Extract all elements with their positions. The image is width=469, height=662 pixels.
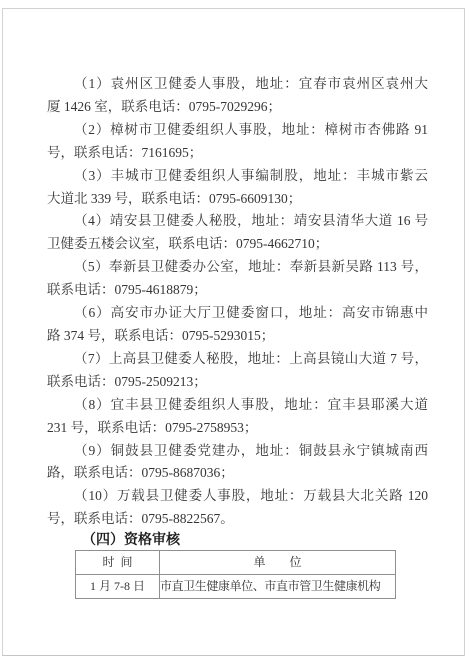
contact-item-1-line-2: 厦 1426 室，联系电话：0795-7029296； xyxy=(47,96,428,119)
contact-item-9-line-1: （9）铜鼓县卫健委党建办，地址：铜鼓县永宁镇城南西 xyxy=(47,440,428,463)
contact-item-3-line-2: 大道北 339 号，联系电话：0795-6609130； xyxy=(47,188,428,211)
contact-item-7-line-2: 联系电话：0795-2509213； xyxy=(47,371,428,394)
section-heading-qualification-review: （四）资格审核 xyxy=(47,531,428,550)
contact-item-10-line-1: （10）万载县卫健委人事股，地址：万载县大北关路 120 xyxy=(47,485,428,508)
contact-item-8-line-2: 231 号，联系电话：0795-2758953； xyxy=(47,417,428,440)
contact-item-2-line-1: （2）樟树市卫健委组织人事股，地址：樟树市杏佛路 91 xyxy=(47,119,428,142)
document-page: （1）袁州区卫健委人事股，地址：宜春市袁州区袁州大 厦 1426 室，联系电话：… xyxy=(2,8,465,656)
table-cell-unit: 市直卫生健康单位、市直市管卫生健康机构 xyxy=(160,575,396,599)
table-header-unit: 单 位 xyxy=(160,551,396,575)
contact-item-8-line-1: （8）宜丰县卫健委组织人事股，地址：宜丰县耶溪大道 xyxy=(47,394,428,417)
contact-item-6-line-1: （6）高安市办证大厅卫健委窗口，地址：高安市锦惠中 xyxy=(47,302,428,325)
table-header-row: 时 间 单 位 xyxy=(76,551,396,575)
contact-item-5-line-1: （5）奉新县卫健委办公室，地址：奉新县新吴路 113 号， xyxy=(47,256,428,279)
contact-item-3-line-1: （3）丰城市卫健委组织人事编制股，地址：丰城市紫云 xyxy=(47,165,428,188)
document-body: （1）袁州区卫健委人事股，地址：宜春市袁州区袁州大 厦 1426 室，联系电话：… xyxy=(47,73,428,599)
contact-item-6-line-2: 路 374 号，联系电话：0795-5293015； xyxy=(47,325,428,348)
contact-item-7-line-1: （7）上高县卫健委人秘股，地址：上高县镜山大道 7 号， xyxy=(47,348,428,371)
table-header-time: 时 间 xyxy=(76,551,160,575)
contact-item-10-line-2: 号，联系电话：0795-8822567。 xyxy=(47,508,428,531)
document-viewport: （1）袁州区卫健委人事股，地址：宜春市袁州区袁州大 厦 1426 室，联系电话：… xyxy=(0,0,469,662)
table-cell-time: 1 月 7-8 日 xyxy=(76,575,160,599)
contact-item-9-line-2: 路，联系电话：0795-8687036； xyxy=(47,462,428,485)
qualification-review-table: 时 间 单 位 1 月 7-8 日 市直卫生健康单位、市直市管卫生健康机构 xyxy=(75,550,396,599)
table-row: 1 月 7-8 日 市直卫生健康单位、市直市管卫生健康机构 xyxy=(76,575,396,599)
contact-item-4-line-1: （4）靖安县卫健委人秘股，地址：靖安县清华大道 16 号 xyxy=(47,210,428,233)
contact-item-1-line-1: （1）袁州区卫健委人事股，地址：宜春市袁州区袁州大 xyxy=(47,73,428,96)
contact-item-5-line-2: 联系电话：0795-4618879； xyxy=(47,279,428,302)
contact-item-2-line-2: 号，联系电话：7161695； xyxy=(47,142,428,165)
contact-item-4-line-2: 卫健委五楼会议室，联系电话：0795-4662710； xyxy=(47,233,428,256)
